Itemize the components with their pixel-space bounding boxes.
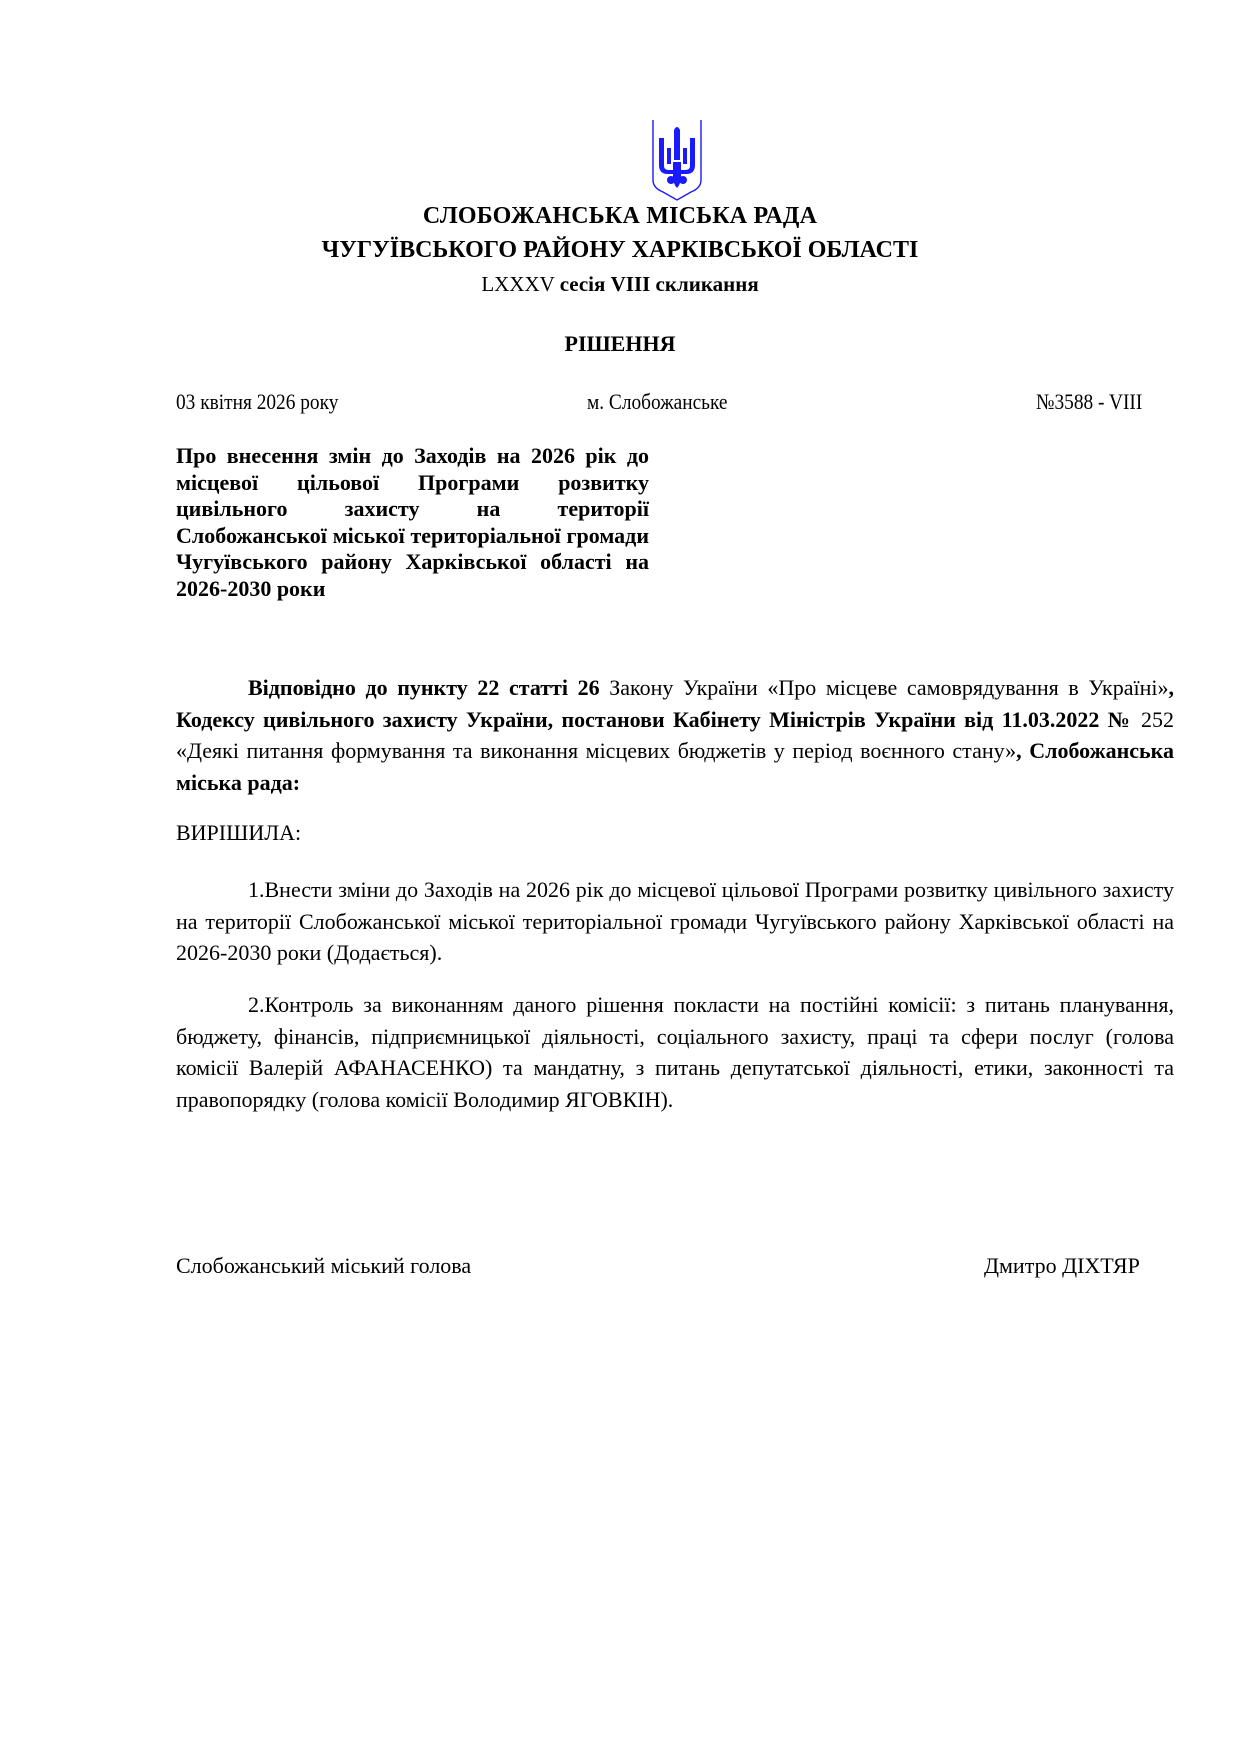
decision-item-2-text: 2.Контроль за виконанням даного рішення …	[176, 992, 1174, 1112]
decision-item-2: 2.Контроль за виконанням даного рішення …	[176, 989, 1174, 1115]
decision-date: 03 квітня 2026 року	[176, 389, 338, 415]
council-district: ЧУГУЇВСЬКОГО РАЙОНУ ХАРКІВСЬКОЇ ОБЛАСТІ	[0, 237, 1240, 264]
signatory-position: Слобожанський міський голова	[176, 1253, 471, 1279]
signatory-name: Дмитро ДІХТЯР	[984, 1253, 1140, 1279]
basis-law: Закону України «Про місцеве самоврядуван…	[600, 675, 1169, 700]
document-type: РІШЕННЯ	[0, 331, 1240, 357]
coat-of-arms-trident-icon	[651, 118, 703, 202]
session-line: LXXXV сесія VIII скликання	[0, 272, 1240, 297]
decision-item-1: 1.Внести зміни до Заходів на 2026 рік до…	[176, 874, 1174, 969]
decision-place: м. Слобожанське	[587, 389, 728, 415]
decision-subject: Про внесення змін до Заходів на 2026 рік…	[176, 443, 649, 602]
decision-item-1-text: 1.Внести зміни до Заходів на 2026 рік до…	[176, 877, 1174, 965]
session-number: LXXXV	[481, 272, 554, 296]
council-name: СЛОБОЖАНСЬКА МІСЬКА РАДА	[0, 203, 1240, 230]
resolved-label: ВИРІШИЛА:	[176, 820, 301, 846]
decision-number: №3588 - VIII	[1036, 389, 1142, 415]
session-text: сесія VIII скликання	[560, 272, 759, 296]
document-page: СЛОБОЖАНСЬКА МІСЬКА РАДА ЧУГУЇВСЬКОГО РА…	[0, 0, 1240, 1754]
basis-article: Відповідно до пункту 22 статті 26	[248, 675, 600, 700]
legal-basis-paragraph: Відповідно до пункту 22 статті 26 Закону…	[176, 672, 1174, 798]
